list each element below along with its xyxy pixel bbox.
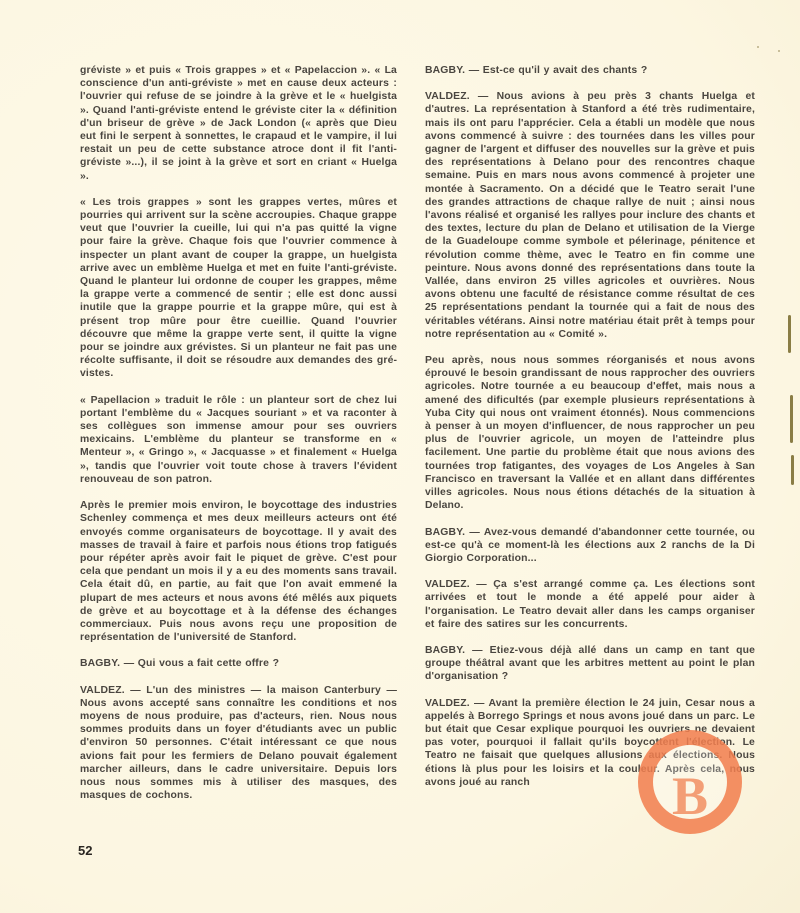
paragraph: gréviste » et puis « Trois grappes » et …: [80, 64, 397, 183]
paragraph: Peu après, nous nous sommes réorganisés …: [425, 354, 755, 512]
interview-answer: VALDEZ. — Ça s'est arrangé comme ça. Les…: [425, 578, 755, 631]
interview-question: BAGBY. — Etiez-vous déjà allé dans un ca…: [425, 644, 755, 684]
margin-mark: [791, 455, 794, 485]
stamp-letter: B: [653, 769, 727, 823]
interview-answer: VALDEZ. — Nous avions à peu près 3 chant…: [425, 90, 755, 341]
left-text-column: gréviste » et puis « Trois grappes » et …: [80, 64, 397, 815]
margin-mark: [788, 315, 791, 353]
interview-question: BAGBY. — Est-ce qu'il y avait des chants…: [425, 64, 755, 77]
paper-speck: [757, 46, 759, 48]
paper-speck: [778, 50, 780, 52]
page-number: 52: [78, 843, 92, 858]
paragraph: « Papellacion » traduit le rôle : un pla…: [80, 394, 397, 486]
paragraph: Après le premier mois environ, le boycot…: [80, 499, 397, 644]
magazine-page: gréviste » et puis « Trois grappes » et …: [0, 0, 800, 913]
interview-question: BAGBY. — Avez-vous demandé d'abandonner …: [425, 526, 755, 566]
margin-mark: [790, 395, 793, 443]
paragraph: « Les trois grappes » sont les grappes v…: [80, 196, 397, 381]
right-text-column: BAGBY. — Est-ce qu'il y avait des chants…: [425, 64, 755, 802]
interview-question: BAGBY. — Qui vous a fait cette offre ?: [80, 657, 397, 670]
library-stamp-icon: B: [638, 730, 742, 834]
interview-answer: VALDEZ. — L'un des ministres — la maison…: [80, 684, 397, 803]
